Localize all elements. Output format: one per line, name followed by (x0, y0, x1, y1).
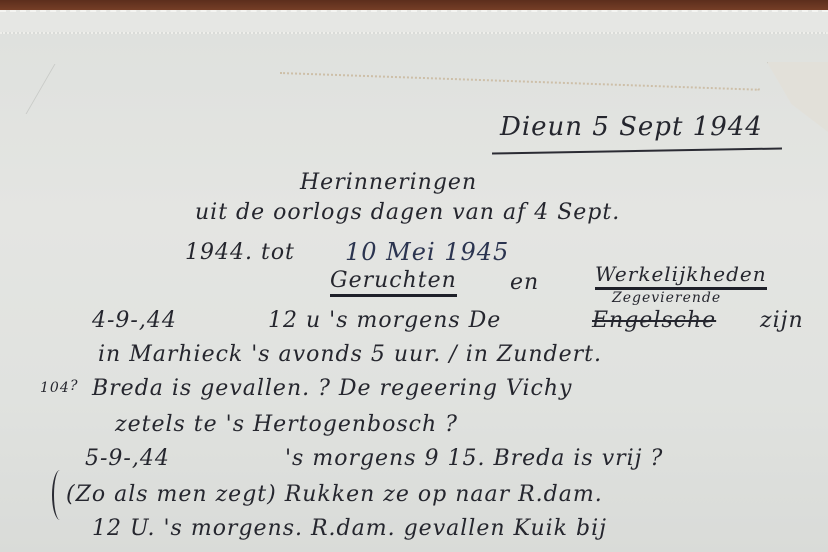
entry-5-date: 5-9-,44 (85, 446, 170, 471)
entry-7-text: 12 U. 's morgens. R.dam. gevallen Kuik b… (92, 516, 607, 541)
subtitle-right: Werkelijkheden (595, 262, 767, 290)
entry-1-text-a: 12 u 's morgens De (268, 308, 501, 333)
entry-3-text: Breda is gevallen. ? De regeering Vichy (92, 376, 572, 401)
title-line-2: uit de oorlogs dagen van af 4 Sept. (195, 200, 620, 225)
entry-2-text: in Marhieck 's avonds 5 uur. / in Zunder… (98, 342, 602, 367)
perforation-edge (280, 72, 760, 93)
entry-1-text-b: zijn (760, 308, 804, 333)
entry-3-margin-mark: ? (70, 378, 79, 394)
title-line-3a: 1944. tot (185, 240, 295, 265)
entry-5-text: 's morgens 9 15. Breda is vrij ? (285, 446, 663, 471)
header-date: Dieun 5 Sept 1944 (500, 112, 763, 142)
title-line-3b: 10 Mei 1945 (345, 238, 509, 266)
subtitle-insert: Zegevierende (612, 290, 721, 306)
entry-6-text: (Zo als men zegt) Rukken ze op naar R.da… (66, 482, 603, 507)
entry-1-date: 4-9-,44 (92, 308, 177, 333)
paper-fold-right (767, 62, 828, 132)
paper-fold-left (0, 64, 55, 114)
entry-4-text: zetels te 's Hertogenbosch ? (115, 412, 458, 437)
entry-3-margin: 104 (40, 380, 70, 396)
subtitle-left: Geruchten (330, 268, 457, 297)
title-line-1: Herinneringen (300, 170, 477, 195)
entry-1-strikethrough: Engelsche (592, 308, 716, 333)
subtitle-middle: en (510, 270, 539, 295)
